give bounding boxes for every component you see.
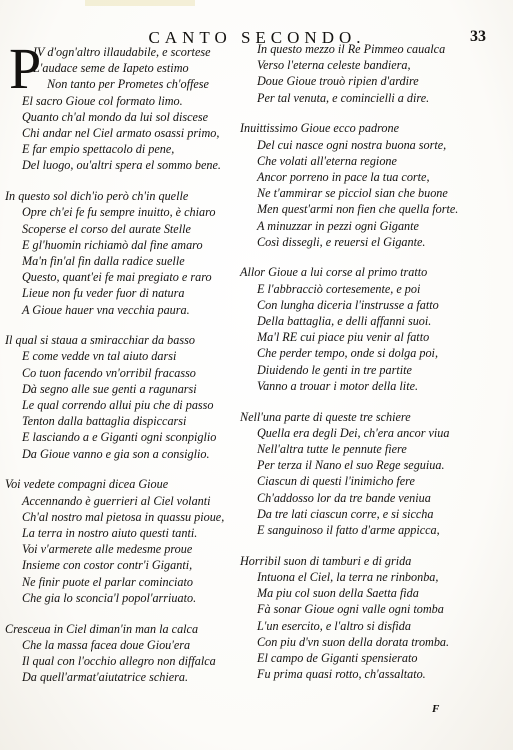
verse-line: Quanto ch'al mondo da lui sol discese — [5, 109, 245, 125]
verse-line: Dà segno alle sue genti a ragunarsi — [5, 381, 245, 397]
verse-line: Accennando è guerrieri al Ciel volanti — [5, 493, 245, 509]
stanza: Nell'una parte di queste tre schiere Que… — [240, 409, 508, 539]
verse-line: Ma'n fin'al fin dalla radice suelle — [5, 253, 245, 269]
verse-line: Doue Gioue trouò ripien d'ardire — [240, 73, 508, 89]
verse-line: E lasciando a e Giganti ogni sconpiglio — [5, 429, 245, 445]
stanza: Inuittissimo Gioue ecco padrone Del cui … — [240, 120, 508, 250]
book-page: CANTO SECONDO. 33 P IV d'ogn'altro illau… — [0, 0, 513, 750]
verse-line: Insieme con costor contr'i Giganti, — [5, 557, 245, 573]
verse-line: Così dissegli, e reuersi el Gigante. — [240, 234, 508, 250]
verse-line: Chi andar nel Ciel armato osassi primo, — [5, 125, 245, 141]
verse-line: Ancor porreno in pace la tua corte, — [240, 169, 508, 185]
verse-line: Da quell'armat'aiutatrice schiera. — [5, 669, 245, 685]
verse-line: Opre ch'ei fe fu sempre inuitto, è chiar… — [5, 204, 245, 220]
verse-line: Men quest'armi non fien che quella forte… — [240, 201, 508, 217]
verse-line: Della battaglia, e delli affanni suoi. — [240, 313, 508, 329]
verse-line: Intuona el Ciel, la terra ne rinbonba, — [240, 569, 508, 585]
verse-line: Ne finir puote el parlar cominciato — [5, 574, 245, 590]
verse-line: Nell'altra tutte le pennute fiere — [240, 441, 508, 457]
verse-line: L'un esercito, e l'altro si disfida — [240, 618, 508, 634]
verse-line: El sacro Gioue col formato limo. — [5, 93, 245, 109]
verse-line: Questo, quant'ei fe mai pregiato e raro — [5, 269, 245, 285]
verse-line: Per terza il Nano el suo Rege seguiua. — [240, 457, 508, 473]
verse-line: Per tal venuta, e comincielli a dire. — [240, 90, 508, 106]
verse-line: Lieue non fu veder fuor di natura — [5, 285, 245, 301]
verse-line: Ne t'ammirar se picciol sian che buone — [240, 185, 508, 201]
verse-line: In questo sol dich'io però ch'in quelle — [5, 188, 245, 204]
verse-line: Scoperse el corso del aurate Stelle — [5, 221, 245, 237]
bleed-through-mark — [85, 0, 195, 6]
verse-line: E far empio spettacolo di pene, — [5, 141, 245, 157]
verse-line: Che gia lo sconcia'l popol'arriuato. — [5, 590, 245, 606]
signature-mark: F — [432, 703, 439, 715]
verse-line: Il qual con l'occhio allegro non diffalc… — [5, 653, 245, 669]
verse-line: Che volati all'eterna regione — [240, 153, 508, 169]
verse-line: Vanno a trouar i motor della lite. — [240, 378, 508, 394]
verse-line: Ma piu col suon della Saetta fida — [240, 585, 508, 601]
verse-line: E gl'huomin richiamò dal fine amaro — [5, 237, 245, 253]
verse-line: Il qual si staua a smiracchiar da basso — [5, 332, 245, 348]
verse-line: Ch'al nostro mal pietosa in quassu pioue… — [5, 509, 245, 525]
verse-line: IV d'ogn'altro illaudabile, e scortese — [5, 44, 245, 60]
verse-line: Non tanto per Prometes ch'offese — [5, 76, 245, 92]
verse-line: Cresceua in Ciel diman'in man la calca — [5, 621, 245, 637]
verse-line: Ch'addosso lor da tre bande veniua — [240, 490, 508, 506]
verse-line: Voi vedete compagni dicea Gioue — [5, 476, 245, 492]
stanza: Horribil suon di tamburi e di grida Intu… — [240, 553, 508, 683]
verse-line: A minuzzar in pezzi ogni Gigante — [240, 218, 508, 234]
verse-line: Ciascun di questi l'inimicho fere — [240, 473, 508, 489]
verse-line: Le qual correndo allui piu che di passo — [5, 397, 245, 413]
verse-line: Del luogo, ou'altri spera el sommo bene. — [5, 157, 245, 173]
stanza: Cresceua in Ciel diman'in man la calca C… — [5, 621, 245, 686]
verse-line: A Gioue hauer vna vecchia paura. — [5, 302, 245, 318]
stanza: In questo sol dich'io però ch'in quelle … — [5, 188, 245, 318]
verse-line: E come vedde vn tal aiuto darsi — [5, 348, 245, 364]
verse-line: E sanguinoso il fatto d'arme appicca, — [240, 522, 508, 538]
verse-line: Nell'una parte di queste tre schiere — [240, 409, 508, 425]
verse-line: Horribil suon di tamburi e di grida — [240, 553, 508, 569]
stanza: In questo mezzo il Re Pimmeo caualca Ver… — [240, 41, 508, 106]
verse-line: El campo de Giganti spensierato — [240, 650, 508, 666]
stanza: Il qual si staua a smiracchiar da basso … — [5, 332, 245, 462]
verse-line: In questo mezzo il Re Pimmeo caualca — [240, 41, 508, 57]
left-column: IV d'ogn'altro illaudabile, e scortese L… — [5, 44, 245, 700]
verse-line: Da tre lati ciascun corre, e si siccha — [240, 506, 508, 522]
verse-line: Voi v'armerete alle medesme proue — [5, 541, 245, 557]
verse-line: Verso l'eterna celeste bandiera, — [240, 57, 508, 73]
verse-line: Fu prima quasi rotto, ch'assaltato. — [240, 666, 508, 682]
verse-line: E l'abbracciò cortesemente, e poi — [240, 281, 508, 297]
verse-line: Diuidendo le genti in tre partite — [240, 362, 508, 378]
verse-line: Tenton dalla battaglia dispiccarsi — [5, 413, 245, 429]
verse-line: La terra in nostro aiuto questi tanti. — [5, 525, 245, 541]
stanza: IV d'ogn'altro illaudabile, e scortese L… — [5, 44, 245, 174]
verse-line: Da Gioue vanno e gia son a consiglio. — [5, 446, 245, 462]
verse-line: Che la massa facea doue Giou'era — [5, 637, 245, 653]
verse-line: Allor Gioue a lui corse al primo tratto — [240, 264, 508, 280]
right-column: In questo mezzo il Re Pimmeo caualca Ver… — [240, 41, 508, 697]
verse-line: Quella era degli Dei, ch'era ancor viua — [240, 425, 508, 441]
verse-line: Del cui nasce ogni nostra buona sorte, — [240, 137, 508, 153]
verse-line: Co tuon facendo vn'orribil fracasso — [5, 365, 245, 381]
verse-line: Ma'l RE cui piace piu venir al fatto — [240, 329, 508, 345]
stanza: Voi vedete compagni dicea Gioue Accennan… — [5, 476, 245, 606]
verse-line: Con piu d'vn suon della dorata tromba. — [240, 634, 508, 650]
stanza: Allor Gioue a lui corse al primo tratto … — [240, 264, 508, 394]
verse-line: L'audace seme de Iapeto estimo — [5, 60, 245, 76]
verse-line: Che perder tempo, onde si dolga poi, — [240, 345, 508, 361]
verse-line: Inuittissimo Gioue ecco padrone — [240, 120, 508, 136]
verse-line: Con lungha diceria l'instrusse a fatto — [240, 297, 508, 313]
verse-line: Fà sonar Gioue ogni valle ogni tomba — [240, 601, 508, 617]
